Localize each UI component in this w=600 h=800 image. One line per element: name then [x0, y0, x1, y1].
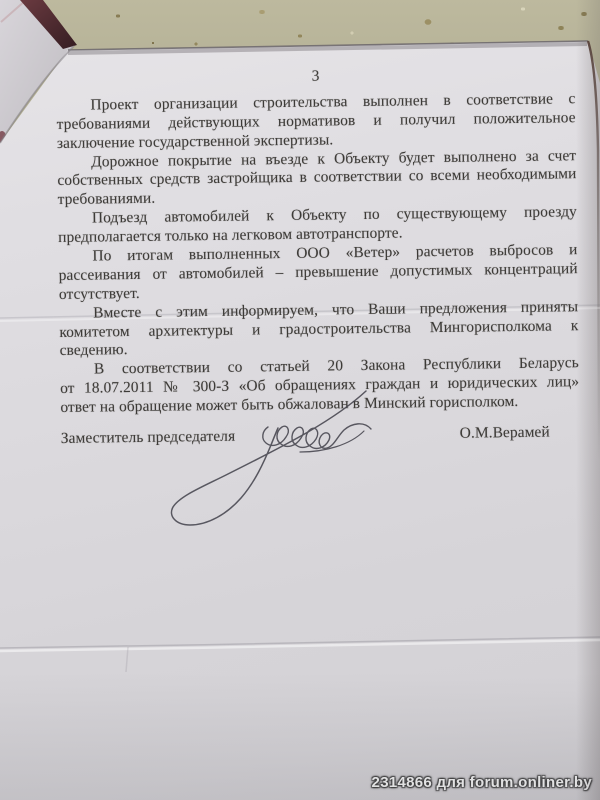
under-sheet-scratch	[1, 0, 26, 22]
folder-edge-wedge-icon	[20, 0, 77, 49]
signatory-name: О.М.Верамей	[460, 424, 550, 444]
watermark: 2314866 для forum.onliner.by	[372, 774, 592, 791]
document-text: 3 Проект организации строительства выпол…	[56, 64, 580, 449]
photo-of-document: 3 Проект организации строительства выпол…	[0, 0, 600, 800]
signatory-title: Заместитель председателя	[61, 428, 236, 449]
